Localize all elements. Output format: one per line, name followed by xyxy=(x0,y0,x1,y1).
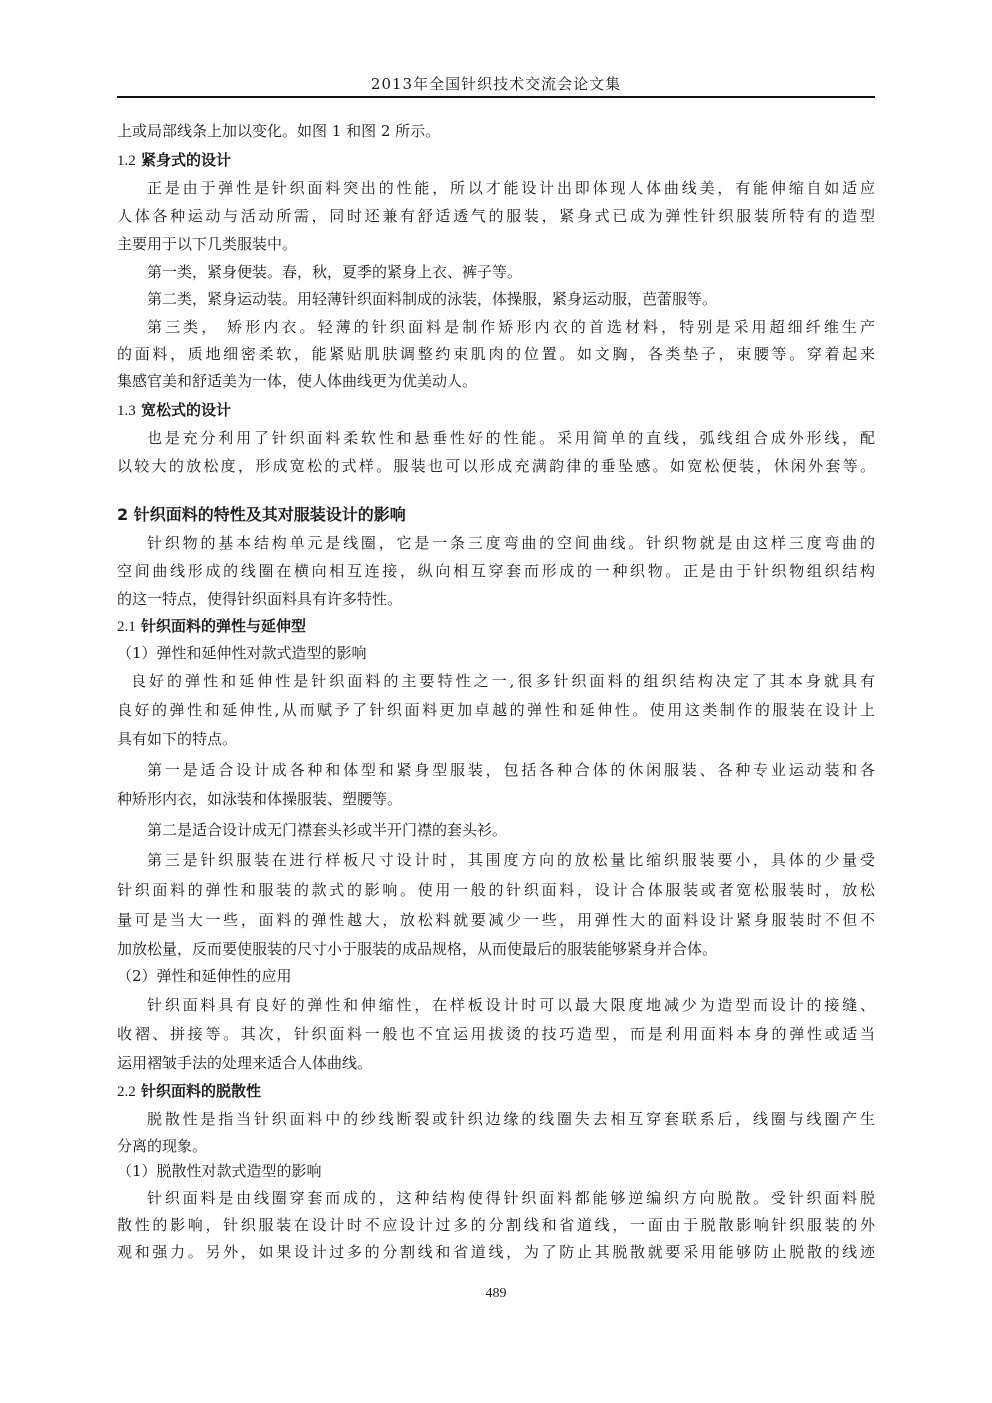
paragraph-line: 针织面料是由线圈穿套而成的，这种结构使得针织面料都能够逆编织方向脱散。受针织面料… xyxy=(117,1188,875,1208)
paragraph-line: 第二类，紧身运动装。用轻薄针织面料制成的泳装，体操服，紧身运动服，芭蕾服等。 xyxy=(117,289,875,309)
paragraph-line: 第一类，紧身便装。春，秋，夏季的紧身上衣、裤子等。 xyxy=(117,262,875,282)
section-number: 2.1 xyxy=(117,619,136,635)
section-number: 1.3 xyxy=(117,403,136,419)
paragraph-line: 正是由于弹性是针织面料突出的性能，所以才能设计出即体现人体曲线美，有能伸缩自如适… xyxy=(117,178,875,198)
paragraph-line: 量可是当大一些，面料的弹性越大，放松料就要减少一些，用弹性大的面料设计紧身服装时… xyxy=(117,910,875,930)
running-header: 2013年全国针织技术交流会论文集 xyxy=(117,74,875,94)
paragraph-line: 收褶、拼接等。其次，针织面料一般也不宜运用拔烫的技巧造型，而是利用面料本身的弹性… xyxy=(117,1024,875,1044)
paragraph-line: 加放松量，反而要使服装的尺寸小于服装的成品规格，从而使最后的服装能够紧身并合体。 xyxy=(117,939,875,959)
paragraph-line: 分离的现象。 xyxy=(117,1136,875,1156)
subsection-label: （2）弹性和延伸性的应用 xyxy=(117,966,292,986)
paragraph-line: 以较大的放松度，形成宽松的式样。服装也可以形成充满韵律的垂坠感。如宽松便装，休闲… xyxy=(117,456,875,476)
paragraph-line: 良好的弹性和延伸性是针织面料的主要特性之一,很多针织面料的组织结构决定了其本身就… xyxy=(117,671,875,691)
paragraph-line: 空间曲线形成的线圈在横向相互连接，纵向相互穿套而形成的一种织物。正是由于针织物组… xyxy=(117,561,875,581)
page-number: 489 xyxy=(0,1286,992,1302)
subsection-label: （1）弹性和延伸性对款式造型的影响 xyxy=(117,643,367,663)
section-title: 针织面料的弹性与延伸型 xyxy=(141,617,306,635)
paragraph-line: 观和强力。另外，如果设计过多的分割线和省道线，为了防止其脱散就要采用能够防止脱散… xyxy=(117,1242,875,1262)
paragraph-line: 人体各种运动与活动所需，同时还兼有舒适透气的服装，紧身式已成为弹性针织服装所特有… xyxy=(117,206,875,226)
paragraph-line: 散性的影响，针织服装在设计时不应设计过多的分割线和省道线，一面由于脱散影响针织服… xyxy=(117,1215,875,1235)
header-rule xyxy=(117,96,875,98)
section-heading-2-2: 2.2 针织面料的脱散性 xyxy=(117,1081,261,1102)
paragraph-line: 的面料，质地细密柔软，能紧贴肌肤调整约束肌肉的位置。如文胸，各类垫子，束腰等。穿… xyxy=(117,344,875,364)
subsection-label: （1）脱散性对款式造型的影响 xyxy=(117,1161,322,1181)
paragraph-line: 第三是针织服装在进行样板尺寸设计时，其围度方向的放松量比缩织服装要小，具体的少量… xyxy=(117,850,875,870)
paragraph-line: 针织面料具有良好的弹性和伸缩性，在样板设计时可以最大限度地减少为造型而设计的接缝… xyxy=(117,995,875,1015)
paragraph-line: 集感官美和舒适美为一体，使人体曲线更为优美动人。 xyxy=(117,371,875,391)
paragraph-line: 也是充分利用了针织面料柔软性和悬垂性好的性能。采用简单的直线，弧线组合成外形线，… xyxy=(117,428,875,448)
paragraph-line: 第三类， 矫形内衣。轻薄的针织面料是制作矫形内衣的首选材料，特别是采用超细纤维生… xyxy=(117,317,875,337)
paragraph-line: 的这一特点，使得针织面料具有许多特性。 xyxy=(117,589,875,609)
section-title: 针织面料的脱散性 xyxy=(141,1082,261,1100)
section-heading-1-2: 1.2 紧身式的设计 xyxy=(117,150,231,171)
paragraph-line: 良好的弹性和延伸性,从而赋予了针织面料更加卓越的弹性和延伸性。使用这类制作的服装… xyxy=(117,700,875,720)
section-number: 2.2 xyxy=(117,1084,136,1100)
paragraph-line: 上或局部线条上加以变化。如图 1 和图 2 所示。 xyxy=(117,121,875,141)
paragraph-line: 第一是适合设计成各种和体型和紧身型服装，包括各种合体的休闲服装、各种专业运动装和… xyxy=(117,760,875,780)
paragraph-line: 具有如下的特点。 xyxy=(117,729,875,749)
section-heading-2-1: 2.1 针织面料的弹性与延伸型 xyxy=(117,616,306,637)
paragraph-line: 第二是适合设计成无门襟套头衫或半开门襟的套头衫。 xyxy=(117,820,875,840)
section-title: 宽松式的设计 xyxy=(141,401,231,419)
paragraph-line: 脱散性是指当针织面料中的纱线断裂或针织边缘的线圈失去相互穿套联系后，线圈与线圈产… xyxy=(117,1109,875,1129)
section-number: 1.2 xyxy=(117,153,136,169)
document-page: 2013年全国针织技术交流会论文集 上或局部线条上加以变化。如图 1 和图 2 … xyxy=(0,0,992,1403)
section-heading-1-3: 1.3 宽松式的设计 xyxy=(117,400,231,421)
section-heading-2: 2 针织面料的特性及其对服装设计的影响 xyxy=(117,505,406,525)
paragraph-line: 运用褶皱手法的处理来适合人体曲线。 xyxy=(117,1053,875,1073)
paragraph-line: 针织面料的弹性和服装的款式的影响。使用一般的针织面料，设计合体服装或者宽松服装时… xyxy=(117,880,875,900)
section-title: 紧身式的设计 xyxy=(141,151,231,169)
paragraph-line: 主要用于以下几类服装中。 xyxy=(117,234,875,254)
paragraph-line: 种矫形内衣，如泳装和体操服装、塑腰等。 xyxy=(117,789,875,809)
paragraph-line: 针织物的基本结构单元是线圈，它是一条三度弯曲的空间曲线。针织物就是由这样三度弯曲… xyxy=(117,533,875,553)
